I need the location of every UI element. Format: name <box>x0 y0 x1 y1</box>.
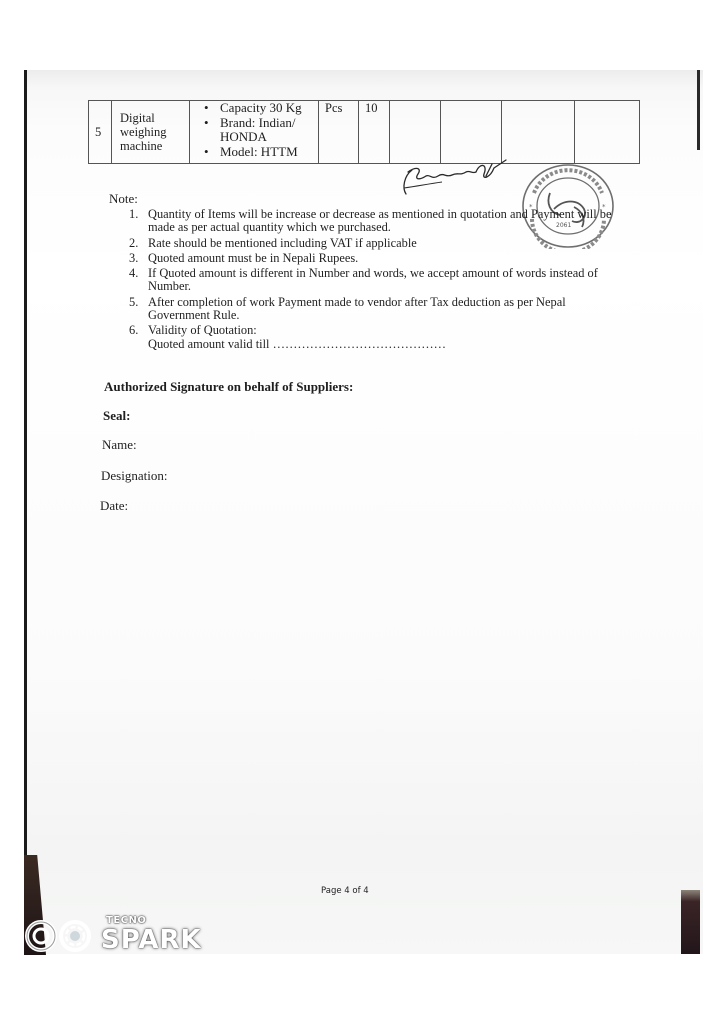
page-number: Page 4 of 4 <box>321 886 369 896</box>
note-item: 3.Quoted amount must be in Nepali Rupees… <box>123 252 623 265</box>
table-row: 5 Digital weighing machine Capacity 30 K… <box>89 101 640 164</box>
background-edge-right <box>681 890 700 954</box>
spec-item: Brand: Indian/ <box>204 116 312 131</box>
cell-rate <box>390 101 441 164</box>
seal-label: Seal: <box>103 408 130 424</box>
note-item: 2.Rate should be mentioned including VAT… <box>123 237 623 250</box>
cell-serial-number: 5 <box>89 101 112 164</box>
notes-list: 1.Quantity of Items will be increase or … <box>123 208 623 353</box>
spec-item: Capacity 30 Kg <box>204 101 312 116</box>
cell-vat <box>502 101 575 164</box>
camera-model: SPARK <box>101 925 202 955</box>
authorized-signature-heading: Authorized Signature on behalf of Suppli… <box>104 379 353 395</box>
name-label: Name: <box>102 437 137 453</box>
spec-item: Model: HTTM <box>204 145 312 160</box>
camera-watermark: TECNO SPARK <box>24 915 214 955</box>
spec-item-continued: HONDA <box>204 130 312 145</box>
camera-logo-icon <box>24 919 98 953</box>
note-label: Note: <box>109 191 138 207</box>
cell-quantity: 10 <box>359 101 390 164</box>
validity-line: Quoted amount valid till …………………………………… <box>148 338 623 351</box>
signature-icon <box>398 158 510 198</box>
item-table: 5 Digital weighing machine Capacity 30 K… <box>88 100 640 164</box>
cell-amount <box>441 101 502 164</box>
cell-total <box>575 101 640 164</box>
page-edge-shadow <box>697 70 700 150</box>
cell-item-name: Digital weighing machine <box>112 101 190 164</box>
note-item: 1.Quantity of Items will be increase or … <box>123 208 623 235</box>
spec-list: Capacity 30 Kg Brand: Indian/ HONDA Mode… <box>204 101 312 159</box>
note-item: 4.If Quoted amount is different in Numbe… <box>123 267 623 294</box>
designation-label: Designation: <box>101 468 167 484</box>
date-label: Date: <box>100 498 128 514</box>
note-item: 6.Validity of Quotation:Quoted amount va… <box>123 324 623 351</box>
cell-unit: Pcs <box>319 101 359 164</box>
cell-specification: Capacity 30 Kg Brand: Indian/ HONDA Mode… <box>190 101 319 164</box>
note-item: 5.After completion of work Payment made … <box>123 296 623 323</box>
